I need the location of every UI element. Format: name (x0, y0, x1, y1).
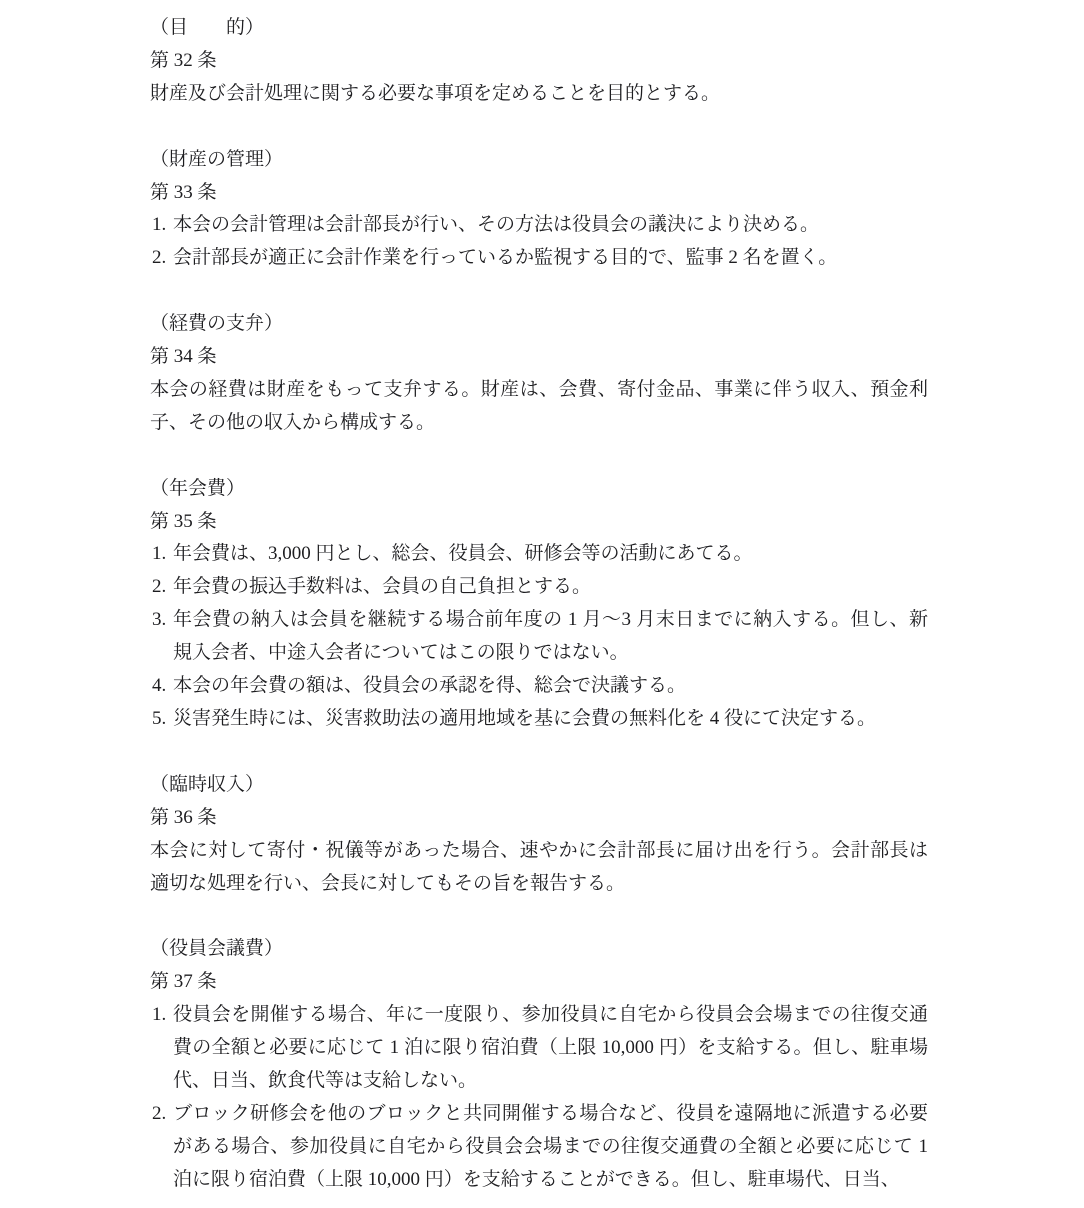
item-number: 1. (152, 209, 173, 242)
item-number: 1. (152, 999, 173, 1032)
item-number: 1. (152, 538, 173, 571)
item-number: 4. (152, 670, 173, 703)
item-text: 役員会を開催する場合、年に一度限り、参加役員に自宅から役員会会場までの往復交通費… (173, 999, 928, 1098)
item-number: 2. (152, 571, 173, 604)
article-number: 第 32 条 (150, 45, 928, 78)
item-text: 本会の年会費の額は、役員会の承認を得、総会で決議する。 (173, 670, 928, 703)
section-board-meeting-expenses: （役員会議費） 第 37 条 1. 役員会を開催する場合、年に一度限り、参加役員… (150, 933, 928, 1196)
ordered-item: 1. 年会費は、3,000 円とし、総会、役員会、研修会等の活動にあてる。 (150, 538, 928, 571)
ordered-item: 2. ブロック研修会を他のブロックと共同開催する場合など、役員を遠隔地に派遣する… (150, 1098, 928, 1197)
section-heading: （財産の管理） (150, 144, 928, 177)
item-text: 年会費の振込手数料は、会員の自己負担とする。 (173, 571, 928, 604)
item-number: 3. (152, 604, 173, 637)
paragraph: 本会の経費は財産をもって支弁する。財産は、会費、寄付金品、事業に伴う収入、預金利… (150, 374, 928, 440)
section-expense-payment: （経費の支弁） 第 34 条 本会の経費は財産をもって支弁する。財産は、会費、寄… (150, 308, 928, 440)
ordered-item: 4. 本会の年会費の額は、役員会の承認を得、総会で決議する。 (150, 670, 928, 703)
article-number: 第 36 条 (150, 802, 928, 835)
section-heading: （経費の支弁） (150, 308, 928, 341)
item-text: 会計部長が適正に会計作業を行っているか監視する目的で、監事 2 名を置く。 (173, 242, 928, 275)
section-annual-fee: （年会費） 第 35 条 1. 年会費は、3,000 円とし、総会、役員会、研修… (150, 473, 928, 736)
article-number: 第 37 条 (150, 966, 928, 999)
item-number: 2. (152, 242, 173, 275)
item-number: 5. (152, 703, 173, 736)
item-number: 2. (152, 1098, 173, 1131)
ordered-item: 5. 災害発生時には、災害救助法の適用地域を基に会費の無料化を 4 役にて決定す… (150, 703, 928, 736)
ordered-item: 2. 会計部長が適正に会計作業を行っているか監視する目的で、監事 2 名を置く。 (150, 242, 928, 275)
section-heading: （年会費） (150, 473, 928, 506)
item-text: ブロック研修会を他のブロックと共同開催する場合など、役員を遠隔地に派遣する必要が… (173, 1098, 928, 1197)
section-purpose: （目 的） 第 32 条 財産及び会計処理に関する必要な事項を定めることを目的と… (150, 12, 928, 111)
article-number: 第 33 条 (150, 177, 928, 210)
item-text: 年会費は、3,000 円とし、総会、役員会、研修会等の活動にあてる。 (173, 538, 928, 571)
article-number: 第 34 条 (150, 341, 928, 374)
section-heading: （臨時収入） (150, 769, 928, 802)
ordered-item: 2. 年会費の振込手数料は、会員の自己負担とする。 (150, 571, 928, 604)
document-page: （目 的） 第 32 条 財産及び会計処理に関する必要な事項を定めることを目的と… (0, 0, 1084, 1208)
item-text: 年会費の納入は会員を継続する場合前年度の 1 月〜3 月末日までに納入する。但し… (173, 604, 928, 670)
paragraph: 財産及び会計処理に関する必要な事項を定めることを目的とする。 (150, 78, 928, 111)
ordered-item: 1. 本会の会計管理は会計部長が行い、その方法は役員会の議決により決める。 (150, 209, 928, 242)
section-temporary-income: （臨時収入） 第 36 条 本会に対して寄付・祝儀等があった場合、速やかに会計部… (150, 769, 928, 901)
paragraph: 本会に対して寄付・祝儀等があった場合、速やかに会計部長に届け出を行う。会計部長は… (150, 835, 928, 901)
article-number: 第 35 条 (150, 506, 928, 539)
section-heading: （役員会議費） (150, 933, 928, 966)
item-text: 本会の会計管理は会計部長が行い、その方法は役員会の議決により決める。 (173, 209, 928, 242)
section-heading: （目 的） (150, 12, 928, 45)
ordered-item: 3. 年会費の納入は会員を継続する場合前年度の 1 月〜3 月末日までに納入する… (150, 604, 928, 670)
item-text: 災害発生時には、災害救助法の適用地域を基に会費の無料化を 4 役にて決定する。 (173, 703, 928, 736)
ordered-item: 1. 役員会を開催する場合、年に一度限り、参加役員に自宅から役員会会場までの往復… (150, 999, 928, 1098)
section-property-management: （財産の管理） 第 33 条 1. 本会の会計管理は会計部長が行い、その方法は役… (150, 144, 928, 276)
